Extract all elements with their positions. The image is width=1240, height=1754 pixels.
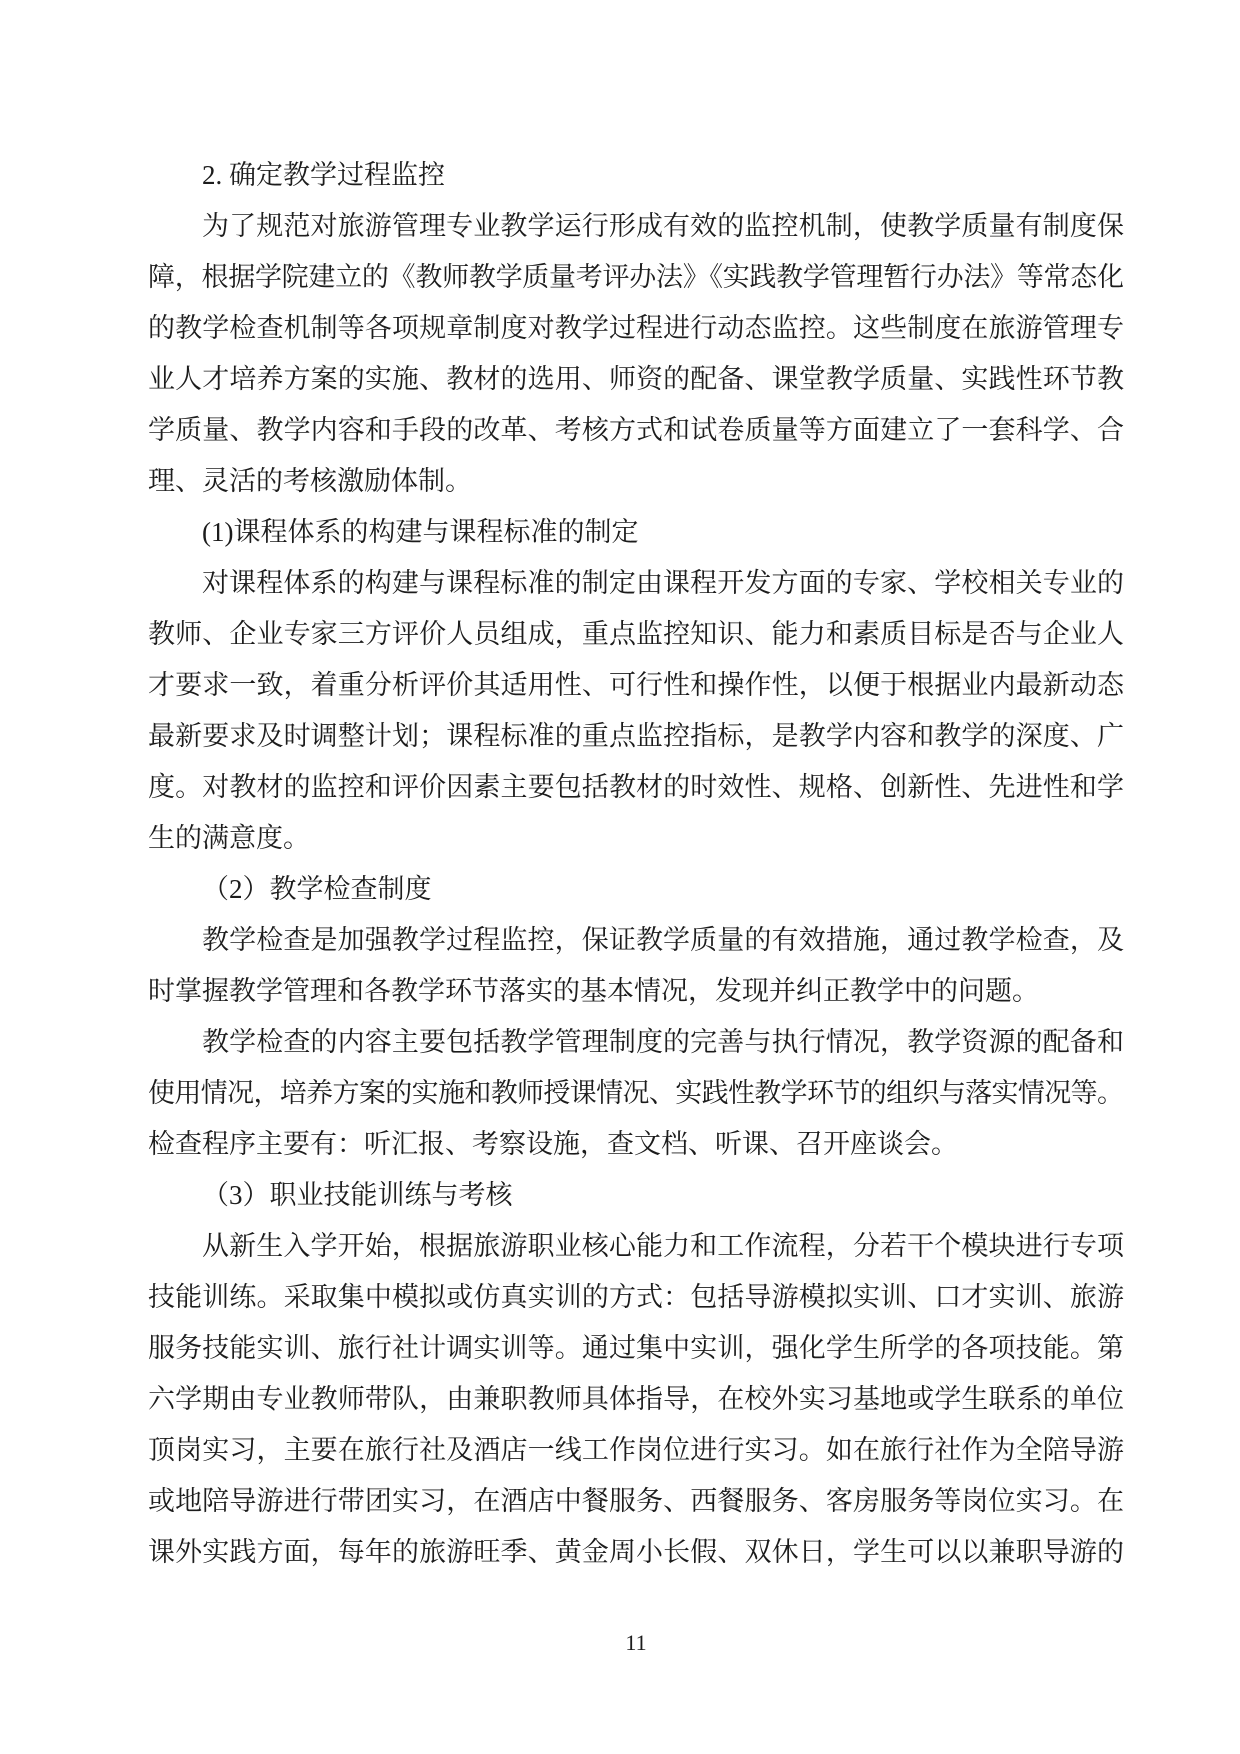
text-line: 从新生入学开始，根据旅游职业核心能力和工作流程，分若干个模块进行专项 (148, 1221, 1124, 1272)
text-line: 检查程序主要有：听汇报、考察设施，查文档、听课、召开座谈会。 (148, 1119, 1124, 1170)
text-line: 课外实践方面，每年的旅游旺季、黄金周小长假、双休日，学生可以以兼职导游的 (148, 1527, 1124, 1578)
text-line: 度。对教材的监控和评价因素主要包括教材的时效性、规格、创新性、先进性和学 (148, 762, 1124, 813)
paragraph: 从新生入学开始，根据旅游职业核心能力和工作流程，分若干个模块进行专项技能训练。采… (148, 1221, 1124, 1578)
text-line: 六学期由专业教师带队，由兼职教师具体指导，在校外实习基地或学生联系的单位 (148, 1374, 1124, 1425)
document-page: 2. 确定教学过程监控为了规范对旅游管理专业教学运行形成有效的监控机制，使教学质… (0, 0, 1240, 1754)
text-line: 教学检查是加强教学过程监控，保证教学质量的有效措施，通过教学检查，及 (148, 915, 1124, 966)
text-line: 理、灵活的考核激励体制。 (148, 456, 1124, 507)
text-line: 使用情况，培养方案的实施和教师授课情况、实践性教学环节的组织与落实情况等。 (148, 1068, 1124, 1119)
text-line: 或地陪导游进行带团实习，在酒店中餐服务、西餐服务、客房服务等岗位实习。在 (148, 1476, 1124, 1527)
text-line: 最新要求及时调整计划；课程标准的重点监控指标，是教学内容和教学的深度、广 (148, 711, 1124, 762)
text-line: 生的满意度。 (148, 813, 1124, 864)
text-line: 顶岗实习，主要在旅行社及酒店一线工作岗位进行实习。如在旅行社作为全陪导游 (148, 1425, 1124, 1476)
text-line: 的教学检查机制等各项规章制度对教学过程进行动态监控。这些制度在旅游管理专 (148, 303, 1124, 354)
text-line: 2. 确定教学过程监控 (148, 150, 1124, 201)
paragraph: 教学检查的内容主要包括教学管理制度的完善与执行情况，教学资源的配备和使用情况，培… (148, 1017, 1124, 1170)
text-line: 教师、企业专家三方评价人员组成，重点监控知识、能力和素质目标是否与企业人 (148, 609, 1124, 660)
text-line: 业人才培养方案的实施、教材的选用、师资的配备、课堂教学质量、实践性环节教 (148, 354, 1124, 405)
text-line: 才要求一致，着重分析评价其适用性、可行性和操作性，以便于根据业内最新动态 (148, 660, 1124, 711)
heading: （2）教学检查制度 (148, 864, 1124, 915)
page-number: 11 (148, 1630, 1124, 1656)
text-line: （3）职业技能训练与考核 (148, 1170, 1124, 1221)
heading: 2. 确定教学过程监控 (148, 150, 1124, 201)
text-line: 学质量、教学内容和手段的改革、考核方式和试卷质量等方面建立了一套科学、合 (148, 405, 1124, 456)
text-line: 服务技能实训、旅行社计调实训等。通过集中实训，强化学生所学的各项技能。第 (148, 1323, 1124, 1374)
paragraph: 教学检查是加强教学过程监控，保证教学质量的有效措施，通过教学检查，及时掌握教学管… (148, 915, 1124, 1017)
text-line: 为了规范对旅游管理专业教学运行形成有效的监控机制，使教学质量有制度保 (148, 201, 1124, 252)
paragraph: 对课程体系的构建与课程标准的制定由课程开发方面的专家、学校相关专业的教师、企业专… (148, 558, 1124, 864)
text-line: 对课程体系的构建与课程标准的制定由课程开发方面的专家、学校相关专业的 (148, 558, 1124, 609)
paragraph: 为了规范对旅游管理专业教学运行形成有效的监控机制，使教学质量有制度保障，根据学院… (148, 201, 1124, 507)
document-body: 2. 确定教学过程监控为了规范对旅游管理专业教学运行形成有效的监控机制，使教学质… (148, 150, 1124, 1578)
text-line: 时掌握教学管理和各教学环节落实的基本情况，发现并纠正教学中的问题。 (148, 966, 1124, 1017)
text-line: 技能训练。采取集中模拟或仿真实训的方式：包括导游模拟实训、口才实训、旅游 (148, 1272, 1124, 1323)
heading: (1)课程体系的构建与课程标准的制定 (148, 507, 1124, 558)
text-line: 教学检查的内容主要包括教学管理制度的完善与执行情况，教学资源的配备和 (148, 1017, 1124, 1068)
heading: （3）职业技能训练与考核 (148, 1170, 1124, 1221)
text-line: 障，根据学院建立的《教师教学质量考评办法》《实践教学管理暂行办法》等常态化 (148, 252, 1124, 303)
text-line: （2）教学检查制度 (148, 864, 1124, 915)
text-line: (1)课程体系的构建与课程标准的制定 (148, 507, 1124, 558)
